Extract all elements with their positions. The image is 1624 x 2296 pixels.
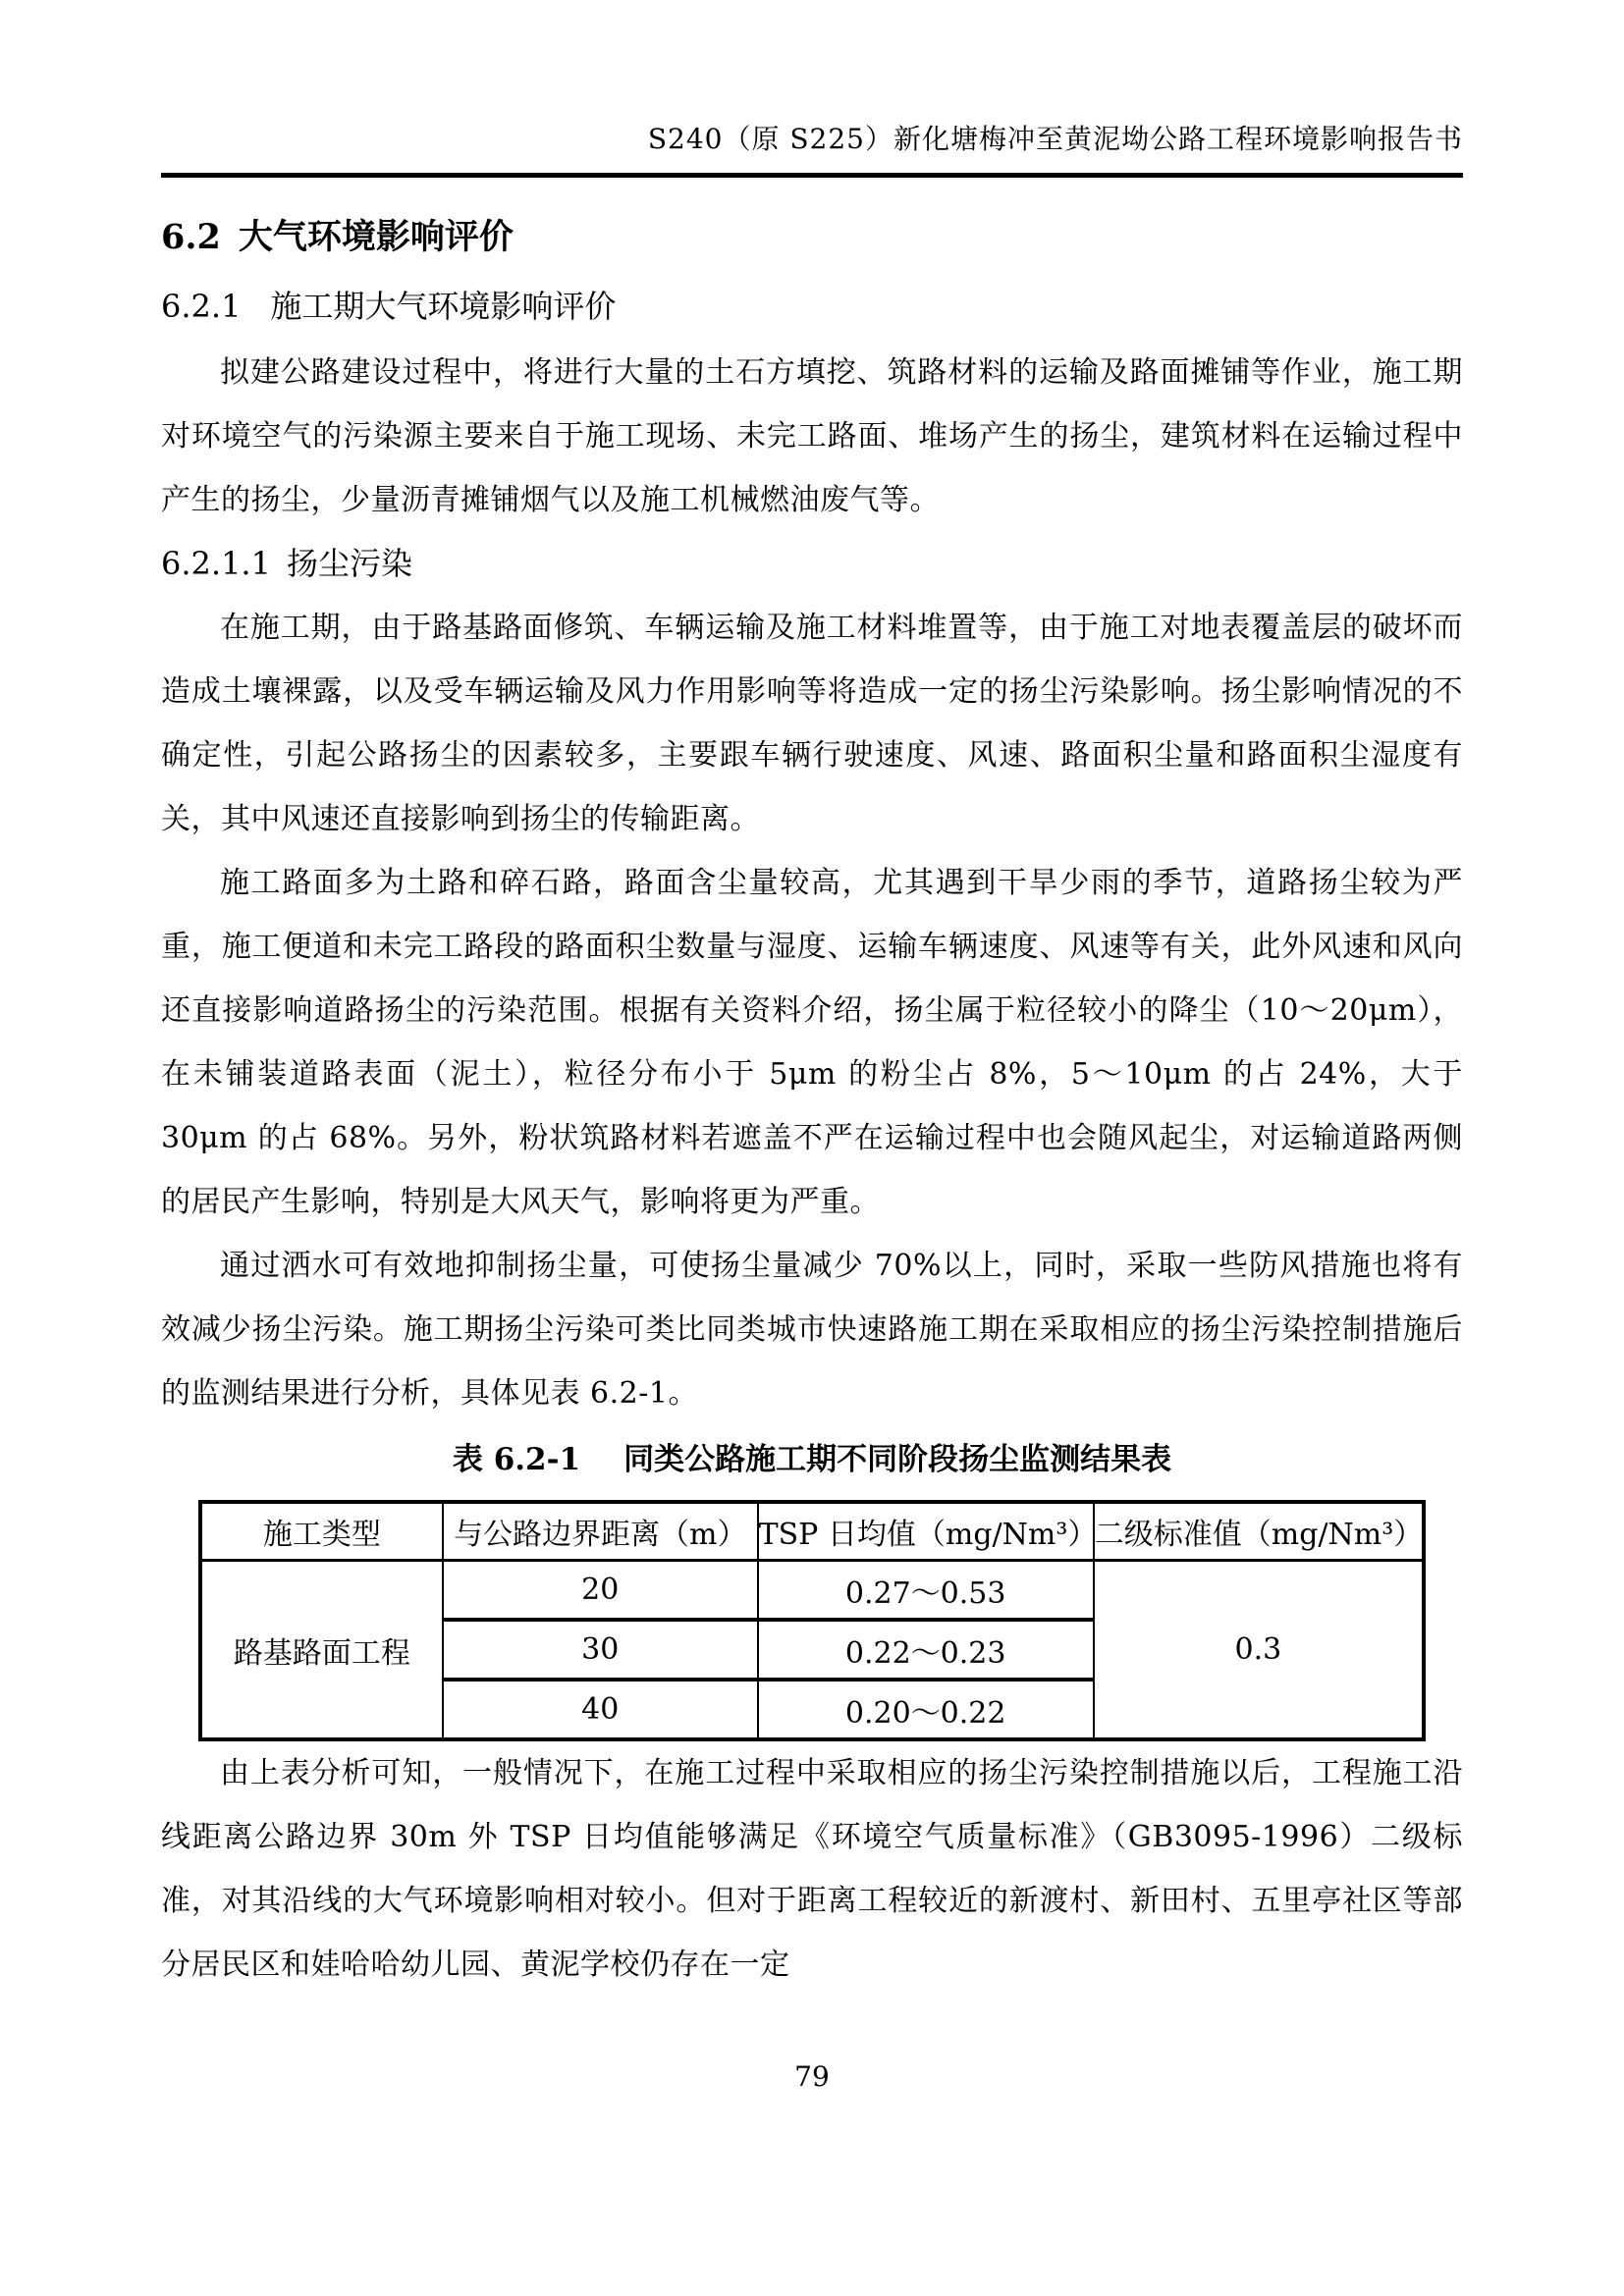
paragraph-water-spraying: 通过洒水可有效地抑制扬尘量，可使扬尘量减少 70%以上，同时，采取一些防风措施也… bbox=[161, 1234, 1463, 1425]
dust-monitoring-table: 施工类型 与公路边界距离（m） TSP 日均值（mg/Nm³） 二级标准值（mg… bbox=[198, 1500, 1426, 1741]
paragraph-conclusion: 由上表分析可知，一般情况下，在施工过程中采取相应的扬尘污染控制措施以后，工程施工… bbox=[161, 1741, 1463, 1997]
paragraph-construction-overview: 拟建公路建设过程中，将进行大量的土石方填挖、筑路材料的运输及路面摊铺等作业，施工… bbox=[161, 341, 1463, 532]
table-header-row: 施工类型 与公路边界距离（m） TSP 日均值（mg/Nm³） 二级标准值（mg… bbox=[200, 1502, 1424, 1561]
cell-standard-value: 0.3 bbox=[1094, 1561, 1424, 1740]
column-header-tsp: TSP 日均值（mg/Nm³） bbox=[758, 1502, 1094, 1561]
cell-distance: 20 bbox=[443, 1561, 758, 1621]
paragraph-dust-particle-sizes: 施工路面多为土路和碎石路，路面含尘量较高，尤其遇到干旱少雨的季节，道路扬尘较为严… bbox=[161, 851, 1463, 1234]
table-row: 路基路面工程 20 0.27～0.53 0.3 bbox=[200, 1561, 1424, 1621]
cell-distance: 40 bbox=[443, 1680, 758, 1739]
paragraph-dust-causes: 在施工期，由于路基路面修筑、车辆运输及施工材料堆置等，由于施工对地表覆盖层的破坏… bbox=[161, 596, 1463, 851]
cell-tsp: 0.22～0.23 bbox=[758, 1620, 1094, 1680]
table-caption: 表 6.2-1同类公路施工期不同阶段扬尘监测结果表 bbox=[161, 1429, 1463, 1490]
table-caption-title: 同类公路施工期不同阶段扬尘监测结果表 bbox=[623, 1442, 1171, 1477]
section-heading-6-2-1-1: 6.2.1.1扬尘污染 bbox=[161, 532, 1463, 596]
page-footer: 79 bbox=[161, 2057, 1463, 2097]
heading-number: 6.2 bbox=[161, 217, 221, 257]
page-content: S240（原 S225）新化塘梅冲至黄泥坳公路工程环境影响报告书 6.2大气环境… bbox=[0, 0, 1624, 2097]
header-rule bbox=[161, 173, 1463, 178]
table-caption-label: 表 6.2-1 bbox=[453, 1442, 580, 1477]
cell-tsp: 0.27～0.53 bbox=[758, 1561, 1094, 1621]
cell-construction-type: 路基路面工程 bbox=[200, 1561, 443, 1740]
column-header-distance: 与公路边界距离（m） bbox=[443, 1502, 758, 1561]
heading-title: 施工期大气环境影响评价 bbox=[270, 288, 616, 325]
cell-tsp: 0.20～0.22 bbox=[758, 1680, 1094, 1739]
cell-distance: 30 bbox=[443, 1620, 758, 1680]
document-page: S240（原 S225）新化塘梅冲至黄泥坳公路工程环境影响报告书 6.2大气环境… bbox=[0, 0, 1624, 2296]
section-heading-6-2-1: 6.2.1施工期大气环境影响评价 bbox=[161, 272, 1463, 341]
heading-number: 6.2.1.1 bbox=[161, 545, 271, 582]
heading-number: 6.2.1 bbox=[161, 288, 241, 325]
page-number: 79 bbox=[794, 2060, 830, 2093]
heading-title: 扬尘污染 bbox=[287, 545, 412, 582]
heading-title: 大气环境影响评价 bbox=[239, 218, 514, 257]
header-title: S240（原 S225）新化塘梅冲至黄泥坳公路工程环境影响报告书 bbox=[648, 123, 1463, 155]
column-header-construction-type: 施工类型 bbox=[200, 1502, 443, 1561]
column-header-standard: 二级标准值（mg/Nm³） bbox=[1094, 1502, 1424, 1561]
section-heading-6-2: 6.2大气环境影响评价 bbox=[161, 203, 1463, 272]
page-header: S240（原 S225）新化塘梅冲至黄泥坳公路工程环境影响报告书 bbox=[161, 0, 1463, 163]
